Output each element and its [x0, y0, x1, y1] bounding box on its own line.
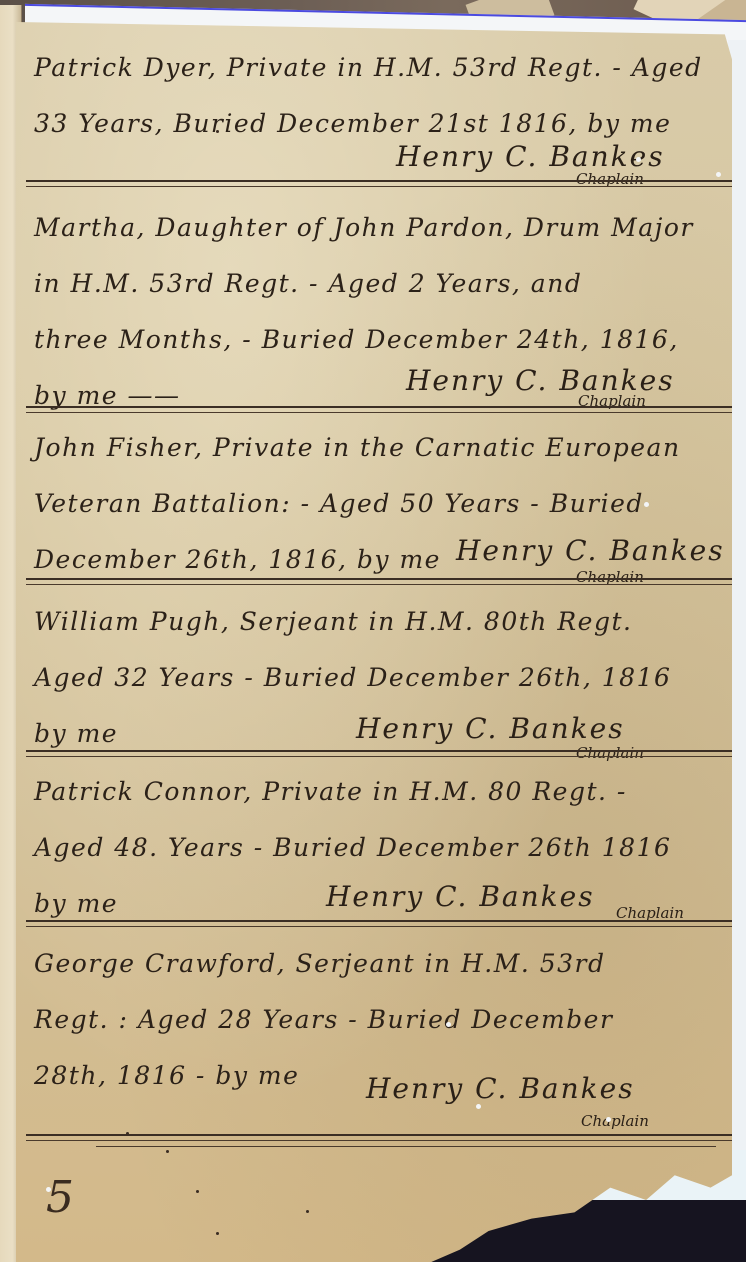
ink-speck — [216, 1232, 219, 1235]
page-number: 5 — [46, 1172, 74, 1223]
entry-divider — [96, 1146, 716, 1149]
entry-divider — [26, 578, 746, 585]
ink-speck — [166, 1150, 169, 1153]
chaplain-signature: Henry C. Bankes — [456, 534, 725, 567]
worm-hole — [716, 172, 721, 177]
worm-hole — [46, 1187, 51, 1192]
entry-divider — [26, 920, 746, 927]
ink-speck — [216, 130, 219, 133]
worm-hole — [606, 1117, 611, 1122]
burial-entry: Patrick Dyer, Private in H.M. 53rd Regt.… — [34, 40, 734, 152]
entry-divider — [26, 180, 746, 187]
entry-divider — [26, 1134, 746, 1141]
chaplain-signature: Henry C. Bankes — [366, 1072, 635, 1105]
entry-line: Patrick Dyer, Private in H.M. 53rd Regt.… — [34, 40, 734, 96]
worm-hole — [446, 1022, 451, 1027]
ink-speck — [126, 1132, 129, 1135]
entry-line: in H.M. 53rd Regt. - Aged 2 Years, and — [34, 256, 734, 312]
worm-hole — [644, 502, 649, 507]
entry-line: Martha, Daughter of John Pardon, Drum Ma… — [34, 200, 734, 256]
entry-line: Aged 32 Years - Buried December 26th, 18… — [34, 650, 734, 706]
entry-line: Veteran Battalion: - Aged 50 Years - Bur… — [34, 476, 734, 532]
chaplain-signature: Henry C. Bankes — [356, 712, 625, 745]
register-page: Patrick Dyer, Private in H.M. 53rd Regt.… — [16, 22, 732, 1262]
chaplain-signature: Henry C. Bankes — [396, 140, 665, 173]
worm-hole — [636, 157, 641, 162]
entry-line: Aged 48. Years - Buried December 26th 18… — [34, 820, 734, 876]
entry-line: Regt. : Aged 28 Years - Buried December — [34, 992, 734, 1048]
entry-line: William Pugh, Serjeant in H.M. 80th Regt… — [34, 594, 734, 650]
entry-line: George Crawford, Serjeant in H.M. 53rd — [34, 936, 734, 992]
chaplain-signature: Henry C. Bankes — [326, 880, 595, 913]
chaplain-title: Chaplain — [581, 1112, 649, 1130]
ink-speck — [306, 1210, 309, 1213]
ink-speck — [196, 1190, 199, 1193]
entry-line: three Months, - Buried December 24th, 18… — [34, 312, 734, 368]
entry-divider — [26, 750, 746, 757]
entry-divider — [26, 406, 746, 413]
entry-line: Patrick Connor, Private in H.M. 80 Regt.… — [34, 764, 734, 820]
worm-hole — [476, 1104, 481, 1109]
entry-line: John Fisher, Private in the Carnatic Eur… — [34, 420, 734, 476]
